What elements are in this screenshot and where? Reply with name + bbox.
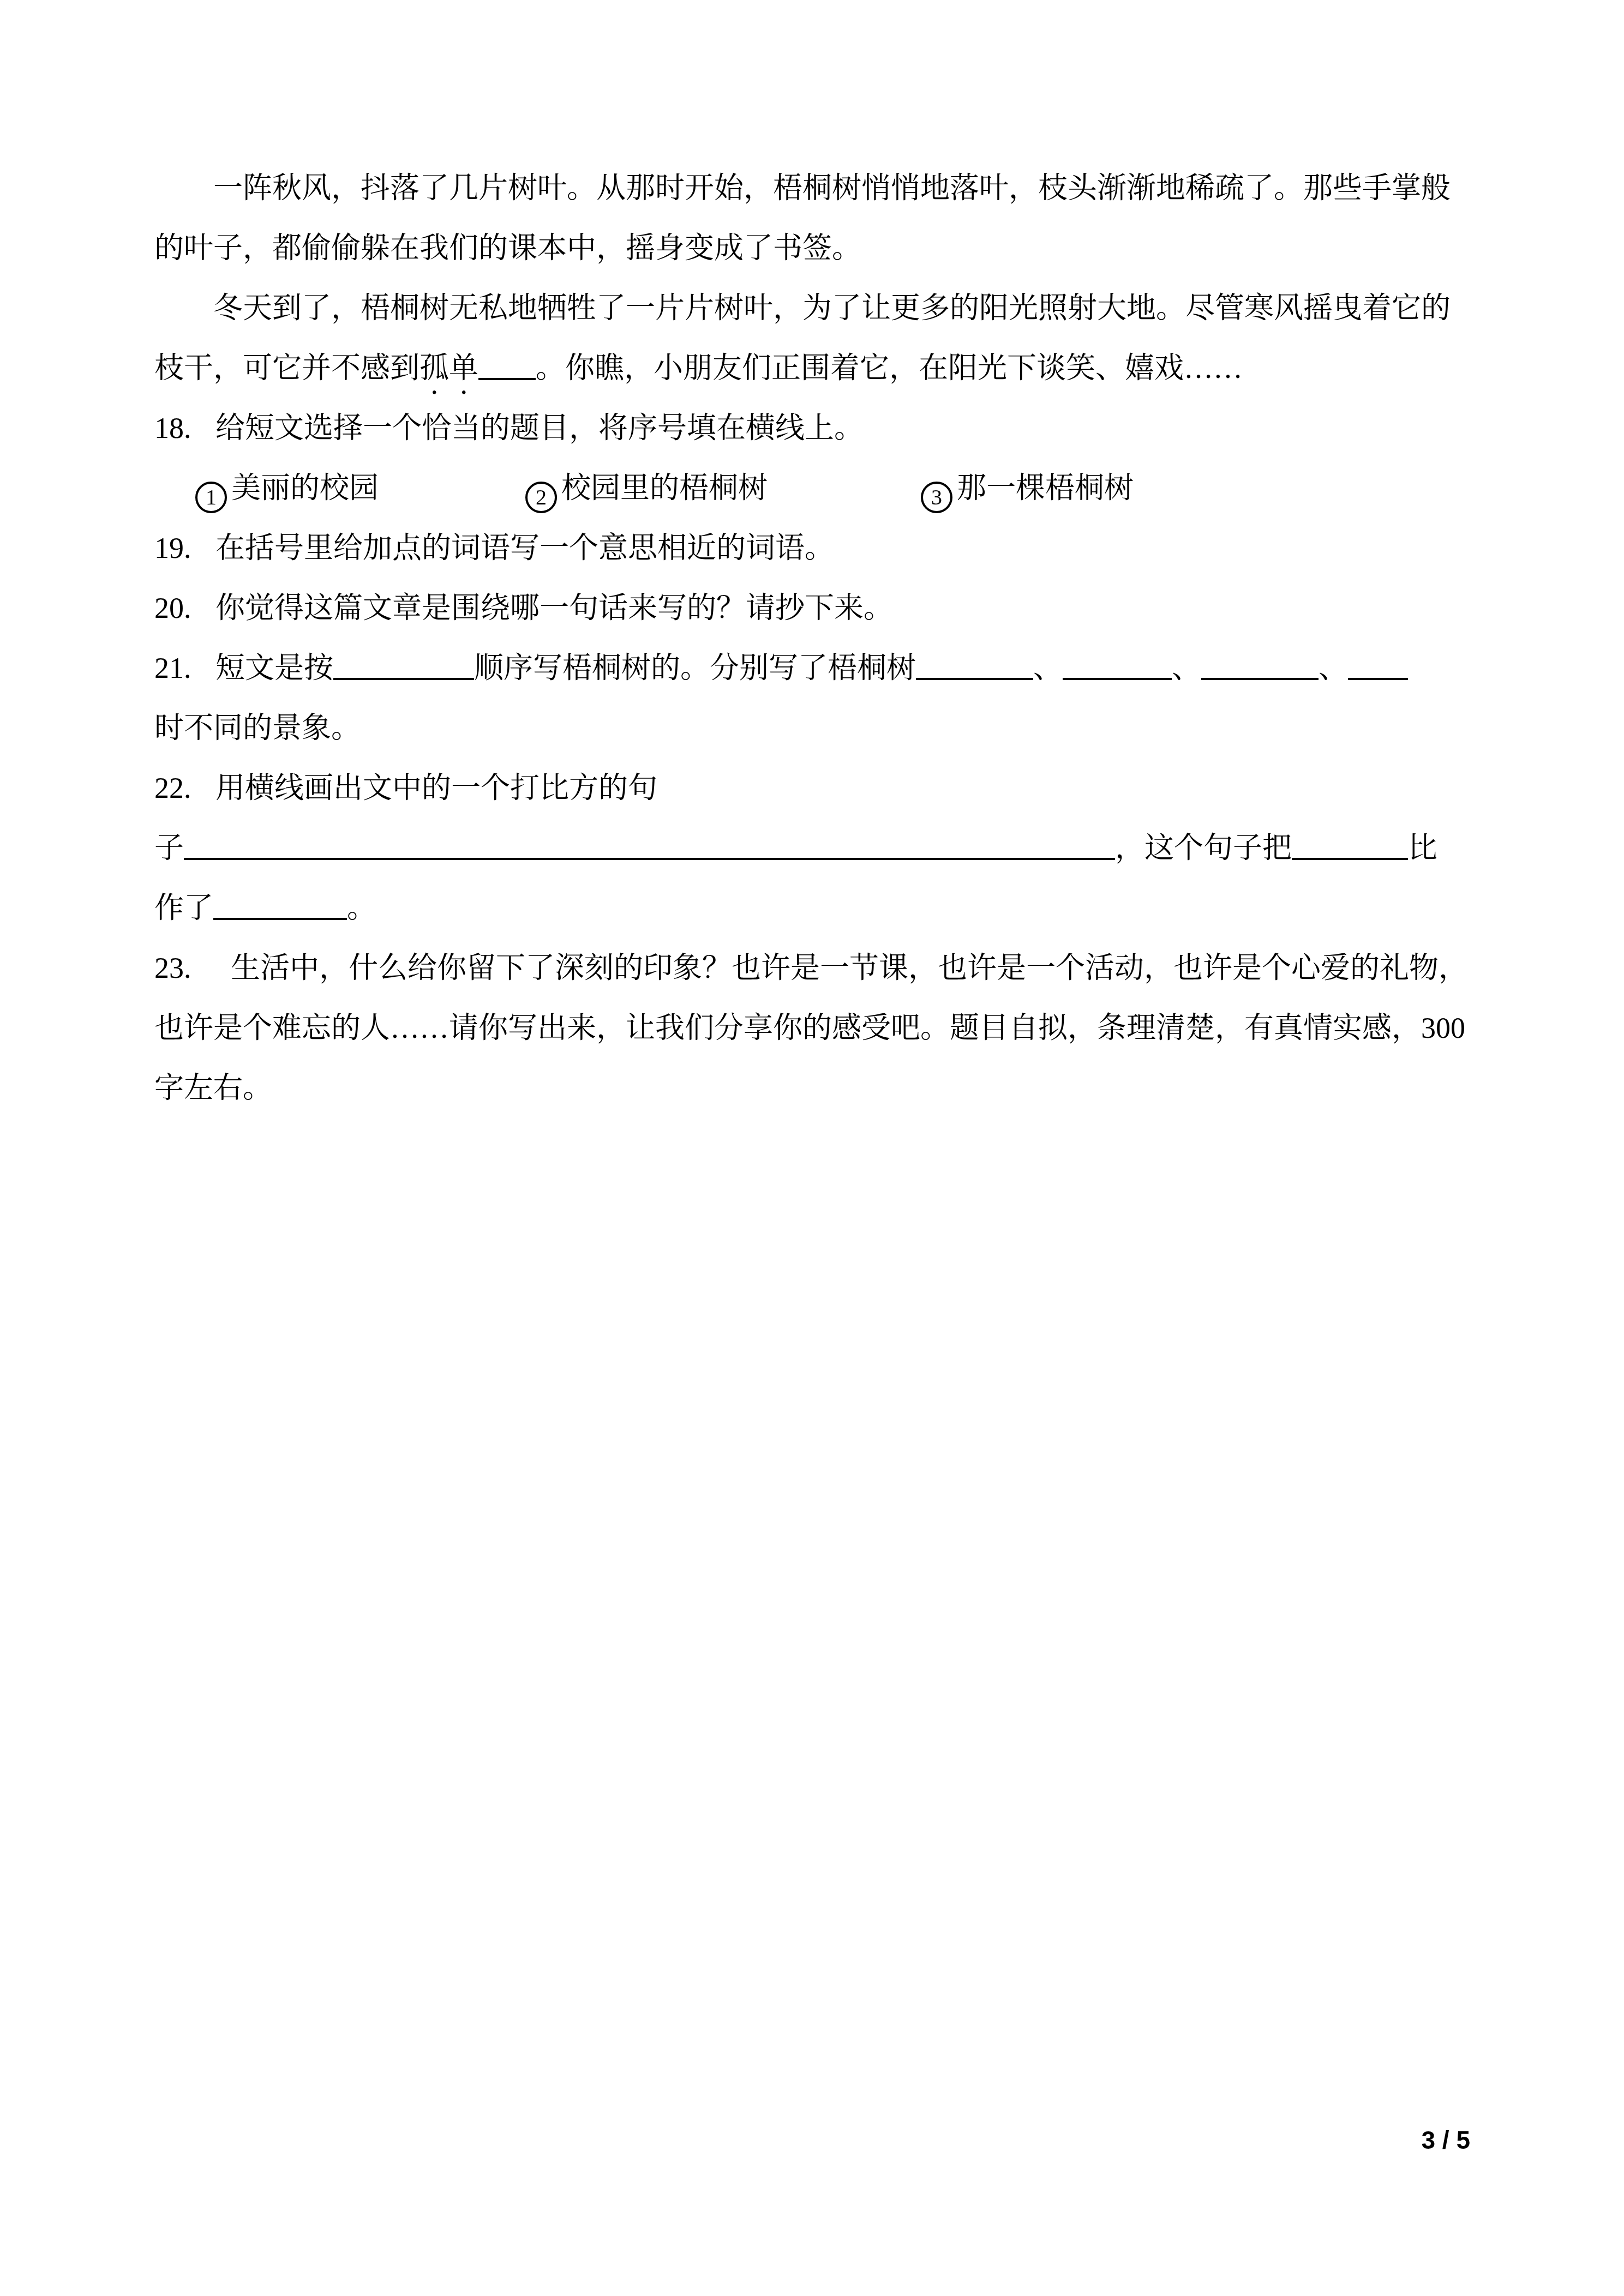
option-2-badge: 2 [536, 486, 547, 508]
answer-blank [1201, 652, 1319, 680]
question-23-line3: 字左右。 [154, 1058, 1470, 1118]
answer-blank [213, 892, 347, 920]
question-21-text: 顺序写梧桐树的。分别写了梧桐树 [474, 652, 916, 684]
answer-blank [184, 832, 1115, 860]
emphasized-word: 孤单 [420, 352, 478, 384]
circled-2-icon: 2 [525, 482, 557, 513]
question-22-line2: 子，这个句子把比 [154, 818, 1470, 878]
option-1-badge: 1 [206, 486, 217, 508]
question-19: 19.在括号里给加点的词语写一个意思相近的词语。 [154, 518, 1470, 578]
passage-text: 冬天到了，梧桐树无私地牺牲了一片片树叶，为了让更多的阳光照射大地。尽管寒风摇曳着… [213, 292, 1451, 324]
answer-blank [916, 652, 1033, 680]
passage-paragraph1-line1: 一阵秋风，抖落了几片树叶。从那时开始，梧桐树悄悄地落叶，枝头渐渐地稀疏了。那些手… [154, 158, 1470, 218]
question-20-text: 你觉得这篇文章是围绕哪一句话来写的？请抄下来。 [215, 592, 893, 624]
separator: 、 [1319, 652, 1348, 684]
question-21-text: 短文是按 [215, 652, 333, 684]
passage-text: 一阵秋风，抖落了几片树叶。从那时开始，梧桐树悄悄地落叶，枝头渐渐地稀疏了。那些手… [213, 172, 1451, 205]
question-22-line1: 22.用横线画出文中的一个打比方的句 [154, 758, 1470, 818]
question-22-text: 。 [347, 892, 376, 924]
question-18-options: 1美丽的校园 2校园里的梧桐树 3那一棵梧桐树 [154, 458, 1470, 518]
answer-blank [333, 652, 474, 680]
question-20: 20.你觉得这篇文章是围绕哪一句话来写的？请抄下来。 [154, 578, 1470, 638]
question-22-text: ，这个句子把 [1115, 832, 1292, 864]
passage-text: 枝干，可它并不感到 [154, 352, 420, 384]
question-21-text: 时不同的景象。 [154, 712, 361, 744]
question-23-line1: 23.生活中，什么给你留下了深刻的印象？也许是一节课，也许是一个活动，也许是个心… [154, 938, 1470, 998]
answer-blank [478, 352, 536, 380]
question-23-text: 生活中，什么给你留下了深刻的印象？也许是一节课，也许是一个活动，也许是个心爱的礼… [231, 952, 1468, 984]
question-23-number: 23. [154, 938, 231, 998]
separator: 、 [1172, 652, 1201, 684]
exam-page-content: 一阵秋风，抖落了几片树叶。从那时开始，梧桐树悄悄地落叶，枝头渐渐地稀疏了。那些手… [154, 158, 1470, 1118]
passage-paragraph2-line1: 冬天到了，梧桐树无私地牺牲了一片片树叶，为了让更多的阳光照射大地。尽管寒风摇曳着… [154, 278, 1470, 338]
page-number-indicator: 3 / 5 [1394, 2125, 1470, 2155]
question-22-text: 用横线画出文中的一个打比方的句 [215, 772, 657, 804]
question-18-text: 给短文选择一个恰当的题目，将序号填在横线上。 [215, 412, 864, 444]
answer-blank [1292, 832, 1408, 860]
option-3-badge: 3 [931, 486, 942, 508]
option-3-label: 那一棵梧桐树 [957, 472, 1134, 504]
question-18-number: 18. [154, 398, 215, 458]
question-22-line3: 作了。 [154, 878, 1470, 938]
question-22-text: 比 [1408, 832, 1437, 864]
passage-paragraph1-line2: 的叶子，都偷偷躲在我们的课本中，摇身变成了书签。 [154, 218, 1470, 278]
question-20-number: 20. [154, 578, 215, 638]
passage-text: 。你瞧，小朋友们正围着它，在阳光下谈笑、嬉戏…… [536, 352, 1243, 384]
question-19-text: 在括号里给加点的词语写一个意思相近的词语。 [215, 532, 834, 564]
passage-paragraph2-line2: 枝干，可它并不感到孤单。你瞧，小朋友们正围着它，在阳光下谈笑、嬉戏…… [154, 338, 1470, 398]
answer-blank [1063, 652, 1172, 680]
option-2: 2校园里的梧桐树 [525, 458, 768, 518]
option-1: 1美丽的校园 [195, 458, 379, 518]
passage-text: 的叶子，都偷偷躲在我们的课本中，摇身变成了书签。 [154, 232, 861, 265]
question-21-line2: 时不同的景象。 [154, 698, 1470, 758]
question-22-number: 22. [154, 758, 215, 818]
question-23-text: 也许是个难忘的人……请你写出来，让我们分享你的感受吧。题目自拟，条理清楚，有真情… [154, 1012, 1465, 1044]
question-22-text: 作了 [154, 892, 213, 924]
circled-1-icon: 1 [195, 482, 227, 513]
question-18: 18.给短文选择一个恰当的题目，将序号填在横线上。 [154, 398, 1470, 458]
option-3: 3那一棵梧桐树 [921, 458, 1134, 518]
option-1-label: 美丽的校园 [231, 472, 379, 504]
question-23-line2: 也许是个难忘的人……请你写出来，让我们分享你的感受吧。题目自拟，条理清楚，有真情… [154, 998, 1470, 1058]
question-21-line1: 21.短文是按顺序写梧桐树的。分别写了梧桐树、、、 [154, 638, 1470, 698]
question-22-text: 子 [154, 832, 184, 864]
separator: 、 [1033, 652, 1063, 684]
exam-document-page: 一阵秋风，抖落了几片树叶。从那时开始，梧桐树悄悄地落叶，枝头渐渐地稀疏了。那些手… [0, 0, 1624, 2296]
question-23-text: 字左右。 [154, 1072, 272, 1104]
question-21-number: 21. [154, 638, 215, 698]
circled-3-icon: 3 [921, 482, 952, 513]
answer-blank [1348, 652, 1408, 680]
question-19-number: 19. [154, 518, 215, 578]
option-2-label: 校园里的梧桐树 [561, 472, 768, 504]
